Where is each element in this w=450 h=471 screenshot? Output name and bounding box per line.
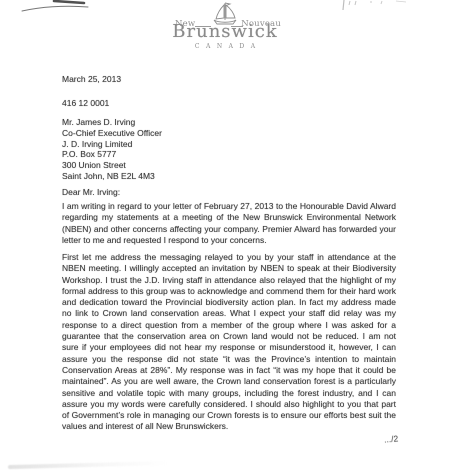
letter-paragraph-2: First let me address the messaging relay… bbox=[62, 252, 396, 433]
recipient-title: Co-Chief Executive Officer bbox=[62, 128, 162, 139]
letter-date: March 25, 2013 bbox=[62, 74, 121, 85]
recipient-city: Saint John, NB E2L 4M3 bbox=[62, 171, 162, 182]
letter-paragraph-1: I am writing in regard to your letter of… bbox=[62, 201, 396, 246]
recipient-company: J. D. Irving Limited bbox=[62, 139, 162, 150]
recipient-po-box: P.O. Box 5777 bbox=[62, 149, 162, 160]
recipient-name: Mr. James D. Irving bbox=[62, 117, 162, 128]
scan-shadow-streak bbox=[8, 461, 168, 469]
handwritten-scribble-top-left-icon bbox=[0, 0, 120, 20]
logo-brunswick-wordmark: Brunswick bbox=[167, 23, 283, 41]
letterhead-logo: New Nouveau Brunswick CANADA bbox=[167, 3, 283, 49]
page-continuation-marker: .../2 bbox=[384, 433, 399, 444]
scanned-letter-page: { "letterhead": { "word_new": "New", "wo… bbox=[0, 0, 450, 471]
handwritten-note-top-right-icon bbox=[336, 0, 448, 14]
logo-canada-label: CANADA bbox=[167, 43, 283, 50]
file-reference-number: 416 12 0001 bbox=[62, 98, 109, 109]
salutation: Dear Mr. Irving: bbox=[62, 187, 120, 198]
recipient-address-block: Mr. James D. Irving Co-Chief Executive O… bbox=[62, 117, 162, 182]
recipient-street: 300 Union Street bbox=[62, 160, 162, 171]
